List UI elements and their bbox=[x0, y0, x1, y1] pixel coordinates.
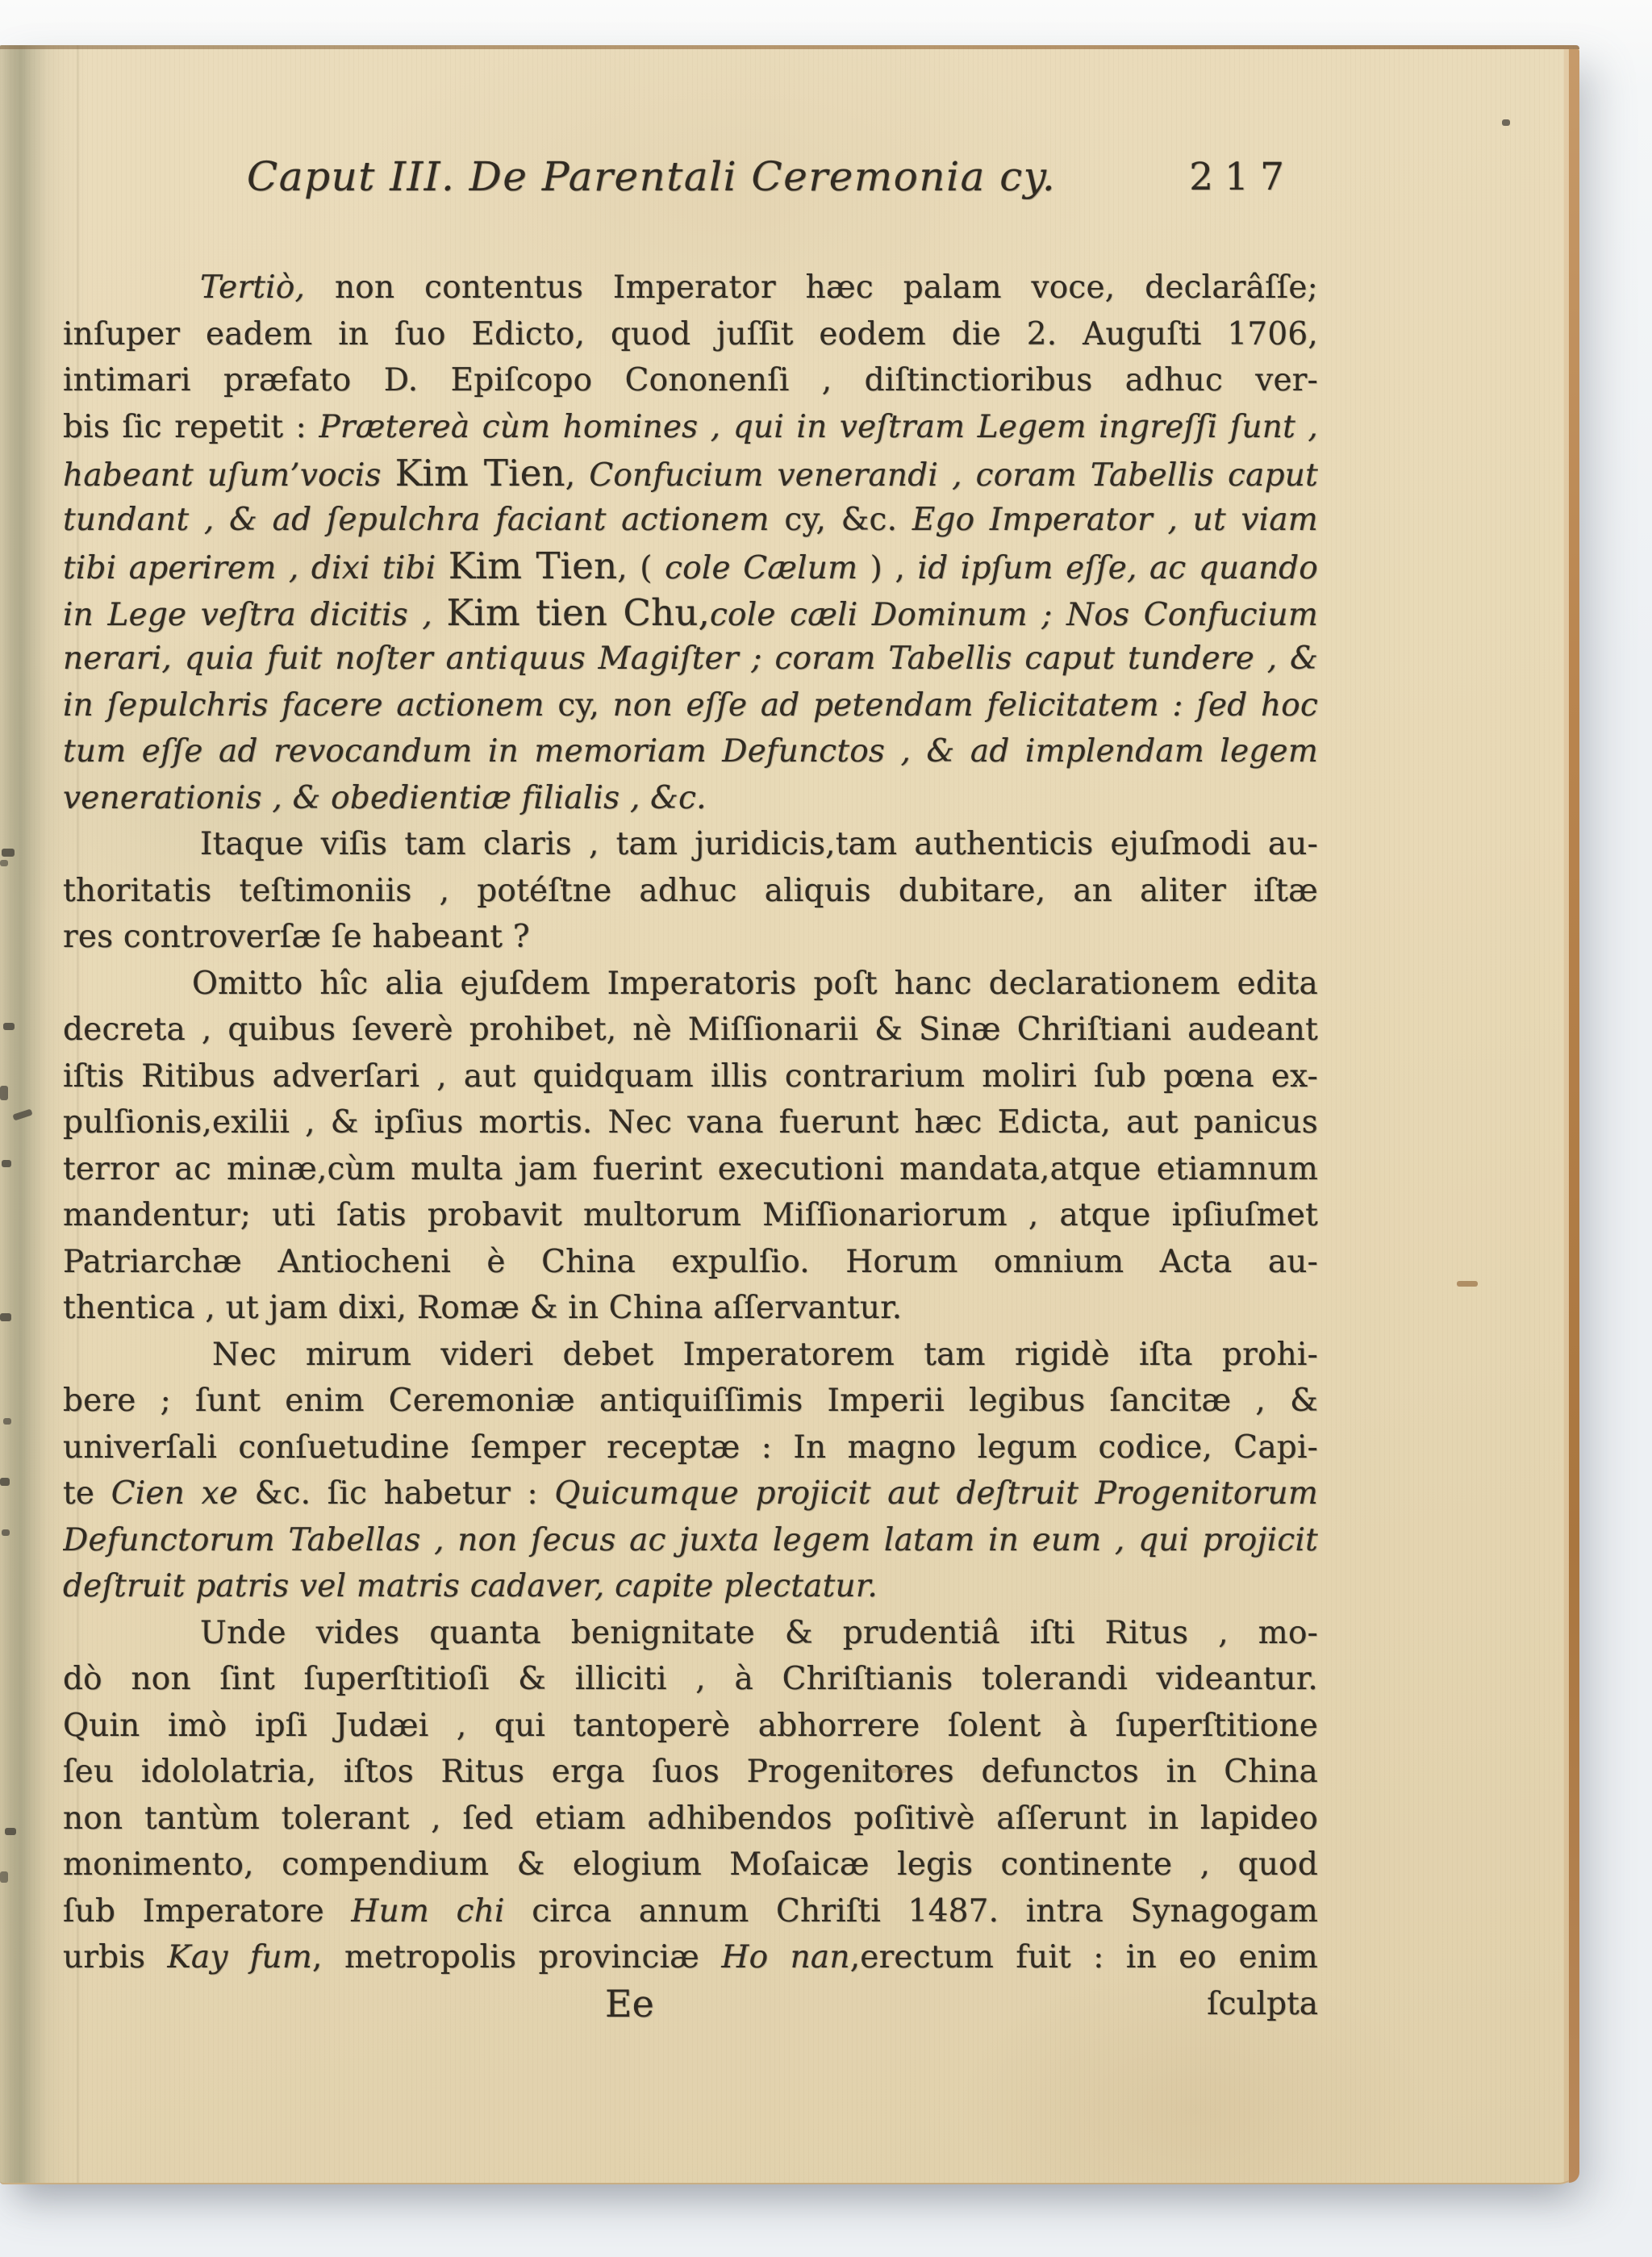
text-segment: thoritatis teſtimoniis , potéſtne adhuc … bbox=[63, 873, 1318, 909]
text-line: nerari, quia fuit noſter antiquus Magiſt… bbox=[63, 636, 1318, 682]
fiber-mark bbox=[1457, 1281, 1478, 1287]
ink-speck bbox=[0, 860, 8, 866]
text-block: Tertiò, non contentus Imperator hæc pala… bbox=[63, 265, 1318, 2027]
text-line: univerſali conſuetudine ſemper receptæ :… bbox=[63, 1425, 1318, 1471]
ink-speck bbox=[2, 1160, 11, 1167]
ink-speck bbox=[2, 1529, 10, 1536]
text-line: in ſepulchris facere actionem cy, non eſ… bbox=[63, 682, 1318, 729]
text-segment: intimari præfato D. Epiſcopo Cononenſi ,… bbox=[63, 362, 1318, 398]
text-segment: habeant uſum’vocis bbox=[63, 457, 395, 494]
signature-mark: Ee bbox=[605, 1981, 654, 2028]
text-line: ſeu idololatria, iſtos Ritus erga ſuos P… bbox=[63, 1749, 1318, 1796]
text-segment: Omitto hîc alia ejuſdem Imperatoris poſt… bbox=[192, 966, 1318, 1002]
text-segment: Kim Tien bbox=[395, 452, 565, 494]
text-line: bere ; ſunt enim Ceremoniæ antiquiſſimis… bbox=[63, 1378, 1318, 1425]
text-line: res controverſæ ſe habeant ? bbox=[63, 914, 1318, 961]
catchword: ſculpta bbox=[1207, 1981, 1318, 2028]
text-line: habeant uſum’vocis Kim Tien, Confucium v… bbox=[63, 450, 1318, 497]
text-line: ſub Imperatore Hum chi circa annum Chriſ… bbox=[63, 1888, 1318, 1935]
text-segment: mandentur; uti ſatis probavit multorum M… bbox=[63, 1197, 1318, 1233]
text-segment: Ho nan bbox=[721, 1939, 849, 1975]
text-segment: Hum chi bbox=[351, 1893, 504, 1930]
text-segment: ſub Imperatore bbox=[63, 1893, 351, 1930]
text-segment: bere ; ſunt enim Ceremoniæ antiquiſſimis… bbox=[63, 1383, 1318, 1419]
ink-speck bbox=[0, 1871, 8, 1883]
text-line: thentica , ut jam dixi, Romæ & in China … bbox=[63, 1285, 1318, 1332]
running-header: Caput III. De Parentali Ceremonia cy. bbox=[247, 153, 1056, 200]
text-segment: Nec mirum videri debet Imperatorem tam r… bbox=[212, 1337, 1318, 1373]
ink-speck bbox=[3, 1418, 11, 1425]
text-segment: Cien xe bbox=[111, 1475, 238, 1512]
text-line: iſtis Ritibus adverſari , aut quidquam i… bbox=[63, 1053, 1318, 1100]
text-segment: venerationis , & obedientiæ filialis , &… bbox=[63, 780, 707, 816]
text-segment: Ego Imperator , ut viam bbox=[912, 502, 1318, 538]
text-segment: univerſali conſuetudine ſemper receptæ :… bbox=[63, 1429, 1318, 1466]
text-segment: Tertiò, bbox=[200, 269, 335, 306]
text-segment: decreta , quibus ſeverè prohibet, nè Miſ… bbox=[63, 1012, 1318, 1048]
text-segment: , ( bbox=[617, 550, 665, 586]
text-line: dò non ſint ſuperſtitioſi & illiciti , à… bbox=[63, 1656, 1318, 1703]
text-line: intimari præfato D. Epiſcopo Cononenſi ,… bbox=[63, 357, 1318, 404]
fiber-mark bbox=[891, 1768, 907, 1773]
text-segment: bis ſic repetit : bbox=[63, 409, 319, 445]
text-line: pulſionis,exilii , & ipſius mortis. Nec … bbox=[63, 1099, 1318, 1146]
text-segment: terror ac minæ,cùm multa jam fuerint exe… bbox=[63, 1151, 1318, 1187]
text-segment: Quin imò ipſi Judæi , qui tantoperè abho… bbox=[63, 1708, 1318, 1744]
text-segment: thentica , ut jam dixi, Romæ & in China … bbox=[63, 1290, 902, 1326]
text-segment: , bbox=[565, 457, 590, 494]
text-line: venerationis , & obedientiæ filialis , &… bbox=[63, 775, 1318, 822]
text-line: non tantùm tolerant , ſed etiam adhibend… bbox=[63, 1796, 1318, 1842]
text-line: monimento, compendium & elogium Moſaicæ … bbox=[63, 1842, 1318, 1888]
scan-background: { "header": { "title": "Caput III. De Pa… bbox=[0, 0, 1652, 2257]
ink-speck bbox=[0, 1086, 8, 1100]
page-top-edge bbox=[0, 45, 1579, 49]
text-line: inſuper eadem in ſuo Edicto, quod juſſit… bbox=[63, 311, 1318, 358]
text-line: Defunctorum Tabellas , non ſecus ac juxt… bbox=[63, 1517, 1318, 1564]
text-segment: cy, bbox=[557, 687, 599, 724]
text-segment: in ſepulchris facere actionem bbox=[63, 687, 557, 724]
text-line: Nec mirum videri debet Imperatorem tam r… bbox=[63, 1332, 1318, 1379]
text-segment: te bbox=[63, 1475, 111, 1512]
text-segment: tibi aperirem , dixi tibi bbox=[63, 550, 448, 586]
text-segment: Kim tien Chu, bbox=[447, 591, 710, 634]
text-segment: iſtis Ritibus adverſari , aut quidquam i… bbox=[63, 1058, 1318, 1095]
text-segment: id ipſum eſſe, ac quando bbox=[918, 550, 1318, 586]
text-line: thoritatis teſtimoniis , potéſtne adhuc … bbox=[63, 868, 1318, 915]
ink-speck bbox=[5, 1828, 16, 1835]
ink-speck bbox=[12, 1108, 32, 1120]
text-line: Unde vides quanta benignitate & prudenti… bbox=[63, 1610, 1318, 1657]
text-segment: dò non ſint ſuperſtitioſi & illiciti , à… bbox=[63, 1661, 1318, 1697]
text-segment: ſeu idololatria, iſtos Ritus erga ſuos P… bbox=[63, 1754, 1318, 1790]
ink-speck bbox=[0, 1313, 11, 1321]
text-segment: , metropolis provinciæ bbox=[312, 1939, 721, 1975]
text-segment: tundant , & ad ſepulchra faciant actione… bbox=[63, 502, 784, 538]
text-segment: circa annum Chriſti 1487. intra Synagoga… bbox=[505, 1893, 1318, 1930]
text-line: tibi aperirem , dixi tibi Kim Tien, ( co… bbox=[63, 543, 1318, 590]
text-segment: non contentus Imperator hæc palam voce, … bbox=[335, 269, 1318, 306]
fore-edge bbox=[1569, 49, 1579, 2183]
text-segment: cole Cælum bbox=[665, 550, 857, 586]
text-line: mandentur; uti ſatis probavit multorum M… bbox=[63, 1192, 1318, 1239]
page-number: 217 bbox=[1189, 155, 1295, 199]
text-segment: Defunctorum Tabellas , non ſecus ac juxt… bbox=[63, 1522, 1318, 1564]
text-segment: Kay fum bbox=[168, 1939, 312, 1975]
text-segment: Quicumque projicit aut deſtruit Progenit… bbox=[554, 1475, 1318, 1512]
text-segment: monimento, compendium & elogium Moſaicæ … bbox=[63, 1846, 1318, 1883]
text-segment: Patriarchæ Antiocheni è China expulſio. … bbox=[63, 1244, 1318, 1280]
text-line: Quin imò ipſi Judæi , qui tantoperè abho… bbox=[63, 1703, 1318, 1750]
text-segment: nerari, quia fuit noſter antiquus Magiſt… bbox=[63, 640, 1318, 677]
text-segment: deſtruit patris vel matris cadaver, capi… bbox=[63, 1568, 878, 1604]
text-segment: non tantùm tolerant , ſed etiam adhibend… bbox=[63, 1800, 1318, 1837]
text-segment: pulſionis,exilii , & ipſius mortis. Nec … bbox=[63, 1104, 1318, 1141]
text-segment: tum eſſe ad revocandum in memoriam Defun… bbox=[63, 733, 1318, 770]
text-line: tum eſſe ad revocandum in memoriam Defun… bbox=[63, 728, 1318, 775]
text-segment: res controverſæ ſe habeant ? bbox=[63, 919, 530, 955]
text-segment: Itaque viſis tam claris , tam juridicis,… bbox=[200, 826, 1318, 862]
ink-speck bbox=[0, 1478, 10, 1486]
text-segment: Unde vides quanta benignitate & prudenti… bbox=[200, 1615, 1318, 1651]
text-segment: inſuper eadem in ſuo Edicto, quod juſſit… bbox=[63, 316, 1318, 353]
text-line: Patriarchæ Antiocheni è China expulſio. … bbox=[63, 1239, 1318, 1286]
text-line: Tertiò, non contentus Imperator hæc pala… bbox=[63, 265, 1318, 311]
running-header-row: Caput III. De Parentali Ceremonia cy. 21… bbox=[63, 153, 1318, 218]
text-segment: ) , bbox=[857, 550, 917, 586]
book-page: Caput III. De Parentali Ceremonia cy. 21… bbox=[0, 45, 1579, 2184]
text-line: deſtruit patris vel matris cadaver, capi… bbox=[63, 1563, 1318, 1610]
text-line: bis ſic repetit : Prætereà cùm homines ,… bbox=[63, 404, 1318, 451]
ink-speck bbox=[1502, 119, 1510, 126]
text-line: urbis Kay fum, metropolis provinciæ Ho n… bbox=[63, 1934, 1318, 1981]
text-line: decreta , quibus ſeverè prohibet, nè Miſ… bbox=[63, 1007, 1318, 1053]
ink-speck bbox=[3, 1023, 15, 1030]
text-segment: Kim Tien bbox=[448, 544, 617, 587]
text-segment: cy, &c. bbox=[784, 502, 912, 538]
text-segment: in Lege veſtra dicitis , bbox=[63, 597, 447, 633]
text-segment: Prætereà cùm homines , qui in veſtram Le… bbox=[319, 409, 1318, 445]
text-segment: urbis bbox=[63, 1939, 168, 1975]
text-line: tundant , & ad ſepulchra faciant actione… bbox=[63, 497, 1318, 544]
text-line: Omitto hîc alia ejuſdem Imperatoris poſt… bbox=[63, 961, 1318, 1008]
text-line: terror ac minæ,cùm multa jam fuerint exe… bbox=[63, 1146, 1318, 1193]
ink-speck bbox=[2, 849, 15, 857]
text-segment: Confucium venerandi , coram Tabellis cap… bbox=[589, 457, 1318, 494]
text-segment: ,erectum fuit : in eo enim bbox=[850, 1939, 1318, 1975]
text-segment: &c. ſic habetur : bbox=[238, 1475, 554, 1512]
text-line: in Lege veſtra dicitis , Kim tien Chu,co… bbox=[63, 590, 1318, 636]
signature-row: Ee ſculpta bbox=[63, 1981, 1318, 2028]
text-line: te Cien xe &c. ſic habetur : Quicumque p… bbox=[63, 1471, 1318, 1517]
text-line: Itaque viſis tam claris , tam juridicis,… bbox=[63, 821, 1318, 868]
body-text: Tertiò, non contentus Imperator hæc pala… bbox=[63, 265, 1318, 1981]
